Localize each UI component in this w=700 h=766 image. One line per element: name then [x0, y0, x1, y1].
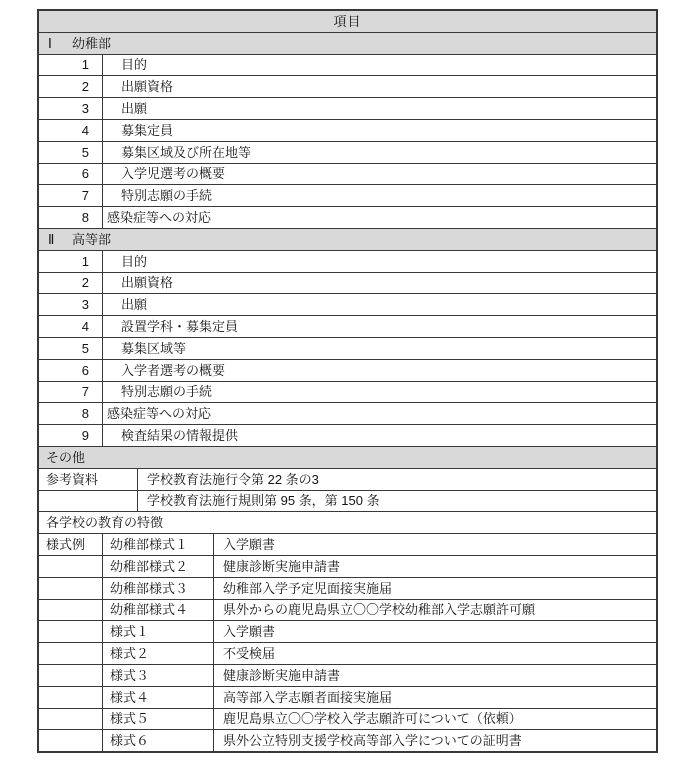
form-category-cell — [39, 643, 103, 664]
item-row: 9検査結果の情報提供 — [39, 424, 656, 446]
form-title-cell: 県外からの鹿児島県立〇〇学校幼稚部入学志願許可願 — [214, 600, 656, 621]
form-code-cell: 様式３ — [103, 665, 214, 686]
full-row: 各学校の教育の特徴 — [39, 511, 656, 533]
form-row: 幼稚部様式３幼稚部入学予定児面接実施届 — [39, 577, 656, 599]
item-title-cell: 感染症等への対応 — [103, 207, 656, 228]
item-title-cell: 目的 — [103, 251, 656, 272]
reference-label-cell: 参考資料 — [39, 469, 138, 490]
form-code-cell: 幼稚部様式４ — [103, 600, 214, 621]
item-number-cell: 8 — [39, 403, 103, 424]
item-number-cell: 9 — [39, 425, 103, 446]
form-category-cell — [39, 730, 103, 751]
reference-label-cell — [39, 491, 138, 512]
form-title-cell: 入学願書 — [214, 621, 656, 642]
item-number-cell: 8 — [39, 207, 103, 228]
form-title-cell: 県外公立特別支援学校高等部入学についての証明書 — [214, 730, 656, 751]
form-title-cell: 不受検届 — [214, 643, 656, 664]
form-code-cell: 様式５ — [103, 709, 214, 730]
form-title-cell: 健康診断実施申請書 — [214, 556, 656, 577]
reference-text-cell: 学校教育法施行令第 22 条の3 — [138, 469, 656, 490]
item-number-cell: 4 — [39, 120, 103, 141]
form-category-cell — [39, 709, 103, 730]
item-title-cell: 募集区域等 — [103, 338, 656, 359]
item-title-cell: 設置学科・募集定員 — [103, 316, 656, 337]
item-number-cell: 6 — [39, 360, 103, 381]
form-code-cell: 幼稚部様式１ — [103, 534, 214, 555]
item-row: 8感染症等への対応 — [39, 402, 656, 424]
form-row: 様式６県外公立特別支援学校高等部入学についての証明書 — [39, 729, 656, 751]
ref-row: 参考資料学校教育法施行令第 22 条の3 — [39, 468, 656, 490]
item-number-cell: 1 — [39, 55, 103, 76]
item-row: 8感染症等への対応 — [39, 206, 656, 228]
item-number-cell: 7 — [39, 185, 103, 206]
section-cell: Ⅰ幼稚部 — [39, 33, 656, 54]
section-numeral: Ⅰ — [48, 37, 60, 50]
item-row: 3出願 — [39, 97, 656, 119]
item-row: 5募集区域及び所在地等 — [39, 141, 656, 163]
item-title-cell: 出願 — [103, 98, 656, 119]
item-title-cell: 出願資格 — [103, 76, 656, 97]
items-table: 項目Ⅰ幼稚部1目的2出願資格3出願4募集定員5募集区域及び所在地等6入学児選考の… — [37, 9, 658, 753]
section-title: 高等部 — [72, 233, 111, 246]
item-title-cell: 入学者選考の概要 — [103, 360, 656, 381]
item-title-cell: 募集区域及び所在地等 — [103, 142, 656, 163]
form-code-cell: 幼稚部様式３ — [103, 578, 214, 599]
item-row: 6入学者選考の概要 — [39, 359, 656, 381]
form-category-cell — [39, 600, 103, 621]
form-category-cell — [39, 578, 103, 599]
form-code-cell: 様式２ — [103, 643, 214, 664]
form-title-cell: 入学願書 — [214, 534, 656, 555]
form-code-cell: 様式６ — [103, 730, 214, 751]
form-title-cell: 鹿児島県立〇〇学校入学志願許可について（依頼） — [214, 709, 656, 730]
item-row: 5募集区域等 — [39, 337, 656, 359]
item-row: 6入学児選考の概要 — [39, 163, 656, 185]
item-number-cell: 2 — [39, 273, 103, 294]
form-row: 幼稚部様式４県外からの鹿児島県立〇〇学校幼稚部入学志願許可願 — [39, 599, 656, 621]
item-title-cell: 検査結果の情報提供 — [103, 425, 656, 446]
form-code-cell: 幼稚部様式２ — [103, 556, 214, 577]
form-row: 様式１入学願書 — [39, 620, 656, 642]
item-row: 2出願資格 — [39, 272, 656, 294]
item-number-cell: 3 — [39, 98, 103, 119]
section-numeral: Ⅱ — [48, 233, 60, 246]
item-row: 7特別志願の手続 — [39, 184, 656, 206]
form-row: 様式２不受検届 — [39, 642, 656, 664]
header-row: 項目 — [39, 11, 656, 32]
item-title-cell: 出願 — [103, 294, 656, 315]
item-title-cell: 出願資格 — [103, 273, 656, 294]
reference-text-cell: 学校教育法施行規則第 95 条，第 150 条 — [138, 491, 656, 512]
full-width-label-cell: その他 — [39, 447, 656, 468]
form-row: 様式５鹿児島県立〇〇学校入学志願許可について（依頼） — [39, 708, 656, 730]
form-title-cell: 幼稚部入学予定児面接実施届 — [214, 578, 656, 599]
item-number-cell: 5 — [39, 142, 103, 163]
item-title-cell: 目的 — [103, 55, 656, 76]
form-category-cell — [39, 687, 103, 708]
form-category-cell — [39, 556, 103, 577]
item-number-cell: 4 — [39, 316, 103, 337]
form-row: 様式３健康診断実施申請書 — [39, 664, 656, 686]
table-title: 項目 — [39, 11, 656, 32]
section-row: Ⅱ高等部 — [39, 228, 656, 250]
form-row: 様式例幼稚部様式１入学願書 — [39, 533, 656, 555]
form-title-cell: 健康診断実施申請書 — [214, 665, 656, 686]
item-row: 1目的 — [39, 250, 656, 272]
full-row: その他 — [39, 446, 656, 468]
item-number-cell: 2 — [39, 76, 103, 97]
item-number-cell: 6 — [39, 164, 103, 185]
item-number-cell: 3 — [39, 294, 103, 315]
item-row: 1目的 — [39, 54, 656, 76]
item-title-cell: 募集定員 — [103, 120, 656, 141]
form-category-cell — [39, 665, 103, 686]
item-row: 4募集定員 — [39, 119, 656, 141]
section-cell: Ⅱ高等部 — [39, 229, 656, 250]
item-title-cell: 特別志願の手続 — [103, 185, 656, 206]
item-title-cell: 入学児選考の概要 — [103, 164, 656, 185]
form-row: 様式４高等部入学志願者面接実施届 — [39, 686, 656, 708]
form-category-cell — [39, 621, 103, 642]
item-title-cell: 特別志願の手続 — [103, 382, 656, 403]
form-title-cell: 高等部入学志願者面接実施届 — [214, 687, 656, 708]
ref-row: 学校教育法施行規則第 95 条，第 150 条 — [39, 490, 656, 512]
item-title-cell: 感染症等への対応 — [103, 403, 656, 424]
form-row: 幼稚部様式２健康診断実施申請書 — [39, 555, 656, 577]
section-title: 幼稚部 — [72, 37, 111, 50]
item-row: 2出願資格 — [39, 75, 656, 97]
form-code-cell: 様式４ — [103, 687, 214, 708]
item-number-cell: 7 — [39, 382, 103, 403]
form-code-cell: 様式１ — [103, 621, 214, 642]
item-number-cell: 1 — [39, 251, 103, 272]
item-number-cell: 5 — [39, 338, 103, 359]
full-width-label-cell: 各学校の教育の特徴 — [39, 512, 656, 533]
item-row: 4設置学科・募集定員 — [39, 315, 656, 337]
item-row: 7特別志願の手続 — [39, 381, 656, 403]
section-row: Ⅰ幼稚部 — [39, 32, 656, 54]
form-category-cell: 様式例 — [39, 534, 103, 555]
item-row: 3出願 — [39, 293, 656, 315]
